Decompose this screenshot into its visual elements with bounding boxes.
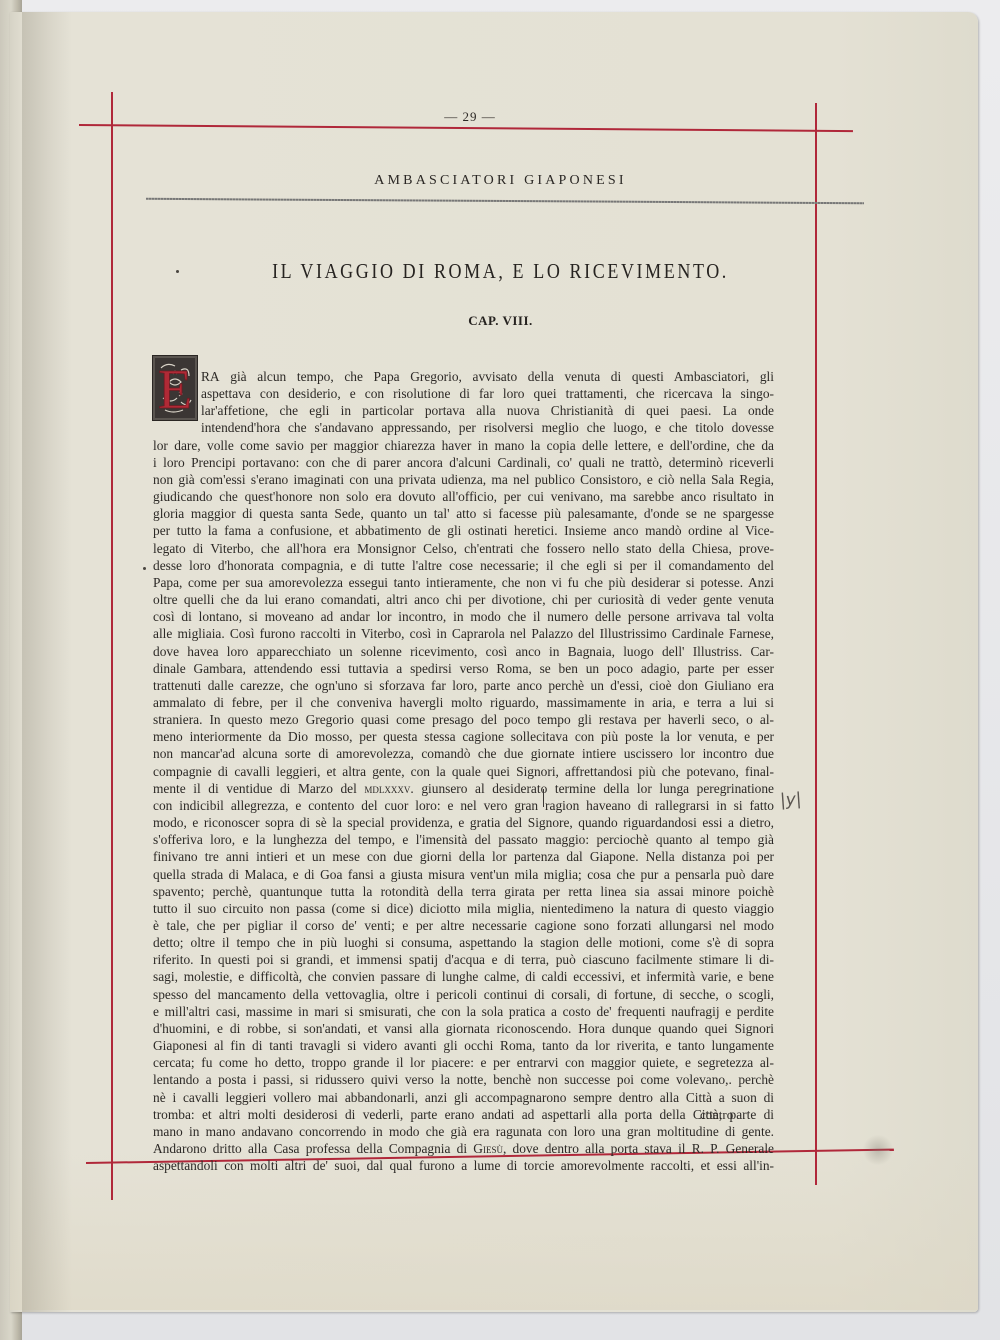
text-line: meno interiormente da Dio mosso, per que… [153, 728, 774, 745]
text-line: non mancar'ad alcuna sorte di amorevolez… [153, 745, 774, 762]
text-line: finivano tre anni intieri et un mese con… [153, 848, 774, 865]
text-line: dinale Gambara, attendendo essi tuttavia… [153, 660, 774, 677]
text-line: riferito. In questi poi si grandi, et im… [153, 951, 774, 968]
text-line: Andarono dritto alla Casa professa della… [153, 1140, 774, 1157]
margin-dot [176, 270, 179, 273]
text-line: così di lontano, si moveano ad andar lor… [153, 608, 774, 625]
text-line: Giaponesi al fin di tanti travagli si vi… [153, 1037, 774, 1054]
text-line: è tale, che per pigliar il corso de' ven… [153, 917, 774, 934]
text-line: dove havea loro apparecchiato un solenne… [153, 643, 774, 660]
text-line: aspettava con desiderio, e con risolutio… [153, 385, 774, 402]
text-line: oltre quelli che da lui erano comandati,… [153, 591, 774, 608]
text-line: cercata; fu come ho detto, troppo grande… [153, 1054, 774, 1071]
chapter-body-text: RA già alcun tempo, che Papa Gregorio, a… [153, 368, 774, 1174]
text-line: aspettandoli con molti altri de' suoi, d… [153, 1157, 774, 1174]
chapter-number: CAP. VIII. [118, 313, 883, 329]
text-line: tromba: et altri molti desiderosi di ved… [153, 1106, 774, 1123]
text-line: s'offeriva loro, e la lunghezza del temp… [153, 831, 774, 848]
catchword: contro [700, 1107, 733, 1123]
text-line: non già com'essi s'erano imaginati con u… [153, 471, 774, 488]
frame-left-rule [111, 92, 113, 1200]
text-line: modo, e riconoscer sopra di sè la specia… [153, 814, 774, 831]
text-line: lor dare, volle come savio per maggior c… [153, 437, 774, 454]
text-line: spesso del mancamento della vettovaglia,… [153, 986, 774, 1003]
text-line: per tutto la fama a confusione, et abbat… [153, 522, 774, 539]
gutter-shadow [22, 12, 72, 1312]
text-line: straniera. In questo mezo Gregorio quasi… [153, 711, 774, 728]
text-line: mano in mano andavano concorrendo in mod… [153, 1123, 774, 1140]
paper-smudge [862, 1135, 894, 1165]
text-line: detto; oltre il tempo che in più luoghi … [153, 934, 774, 951]
text-line: desse loro d'honorata compagnia, e di tu… [153, 557, 774, 574]
text-line: tutto il suo circuito non passa (come si… [153, 900, 774, 917]
text-line: d'huomini, e di robbe, si son'andati, et… [153, 1020, 774, 1037]
text-line: Papa, come per sua amorevolezza essegui … [153, 574, 774, 591]
text-line: spavento; perchè, quantunque tutta la ro… [153, 883, 774, 900]
chapter-title: IL VIAGGIO DI ROMA, E LO RICEVIMENTO. [118, 259, 883, 283]
text-line: lar'affetione, che egli in particolar po… [153, 402, 774, 419]
text-line: compagnie di cavalli leggieri, et altra … [153, 763, 774, 780]
text-line: ammalato di febre, per il che conveniva … [153, 694, 774, 711]
text-line: con indicibil allegrezza, e contento del… [153, 797, 774, 814]
text-line: gloria maggior di questa santa Sede, qua… [153, 505, 774, 522]
text-line: alle migliaia. Così furono raccolti in V… [153, 625, 774, 642]
text-line: e mill'altri casi, massime in mari si sm… [153, 1003, 774, 1020]
page-number: — 29 — [0, 109, 940, 125]
margin-dot [143, 567, 146, 570]
text-line: trattenuti dalle carezze, che ogn'uno si… [153, 677, 774, 694]
handwritten-margin-note: |y| [779, 789, 802, 810]
text-line: intendend'hora che s'andavano appressand… [153, 419, 774, 436]
text-line: i loro Prencipi portavano: con che di pa… [153, 454, 774, 471]
text-line: sagi, molestie, e difficoltà, che convie… [153, 968, 774, 985]
text-line: RA già alcun tempo, che Papa Gregorio, a… [153, 368, 774, 385]
text-line: legato di Viterbo, che all'hora era Mons… [153, 540, 774, 557]
insertion-mark [543, 789, 544, 807]
text-line: nè i cavalli leggieri vollero mai abband… [153, 1089, 774, 1106]
text-line: giudicando che quest'honore non solo era… [153, 488, 774, 505]
text-line: mente il di ventidue di Marzo del mdlxxx… [153, 780, 774, 797]
running-head: AMBASCIATORI GIAPONESI [118, 173, 883, 189]
text-line: quella strada di Malaca, e di Goa fansi … [153, 866, 774, 883]
text-line: lentando a posta i passi, si ridussero q… [153, 1071, 774, 1088]
